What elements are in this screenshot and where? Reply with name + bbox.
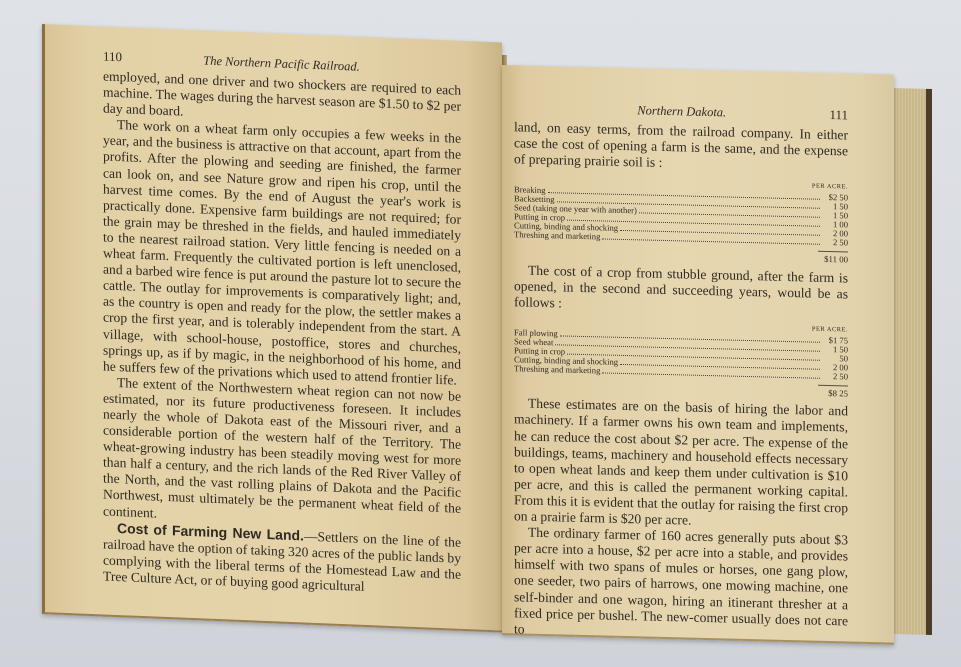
page-number: 110 [103, 48, 122, 65]
paragraph: land, on easy terms, from the railroad c… [514, 119, 848, 175]
section-paragraph: Cost of Farming New Land.—Settlers on th… [103, 519, 461, 599]
table-total: $8 25 [818, 384, 848, 397]
page-edges [892, 88, 932, 635]
paragraph: The ordinary farmer of 160 acres general… [514, 524, 848, 645]
open-book: 110 The Northern Pacific Railroad. emplo… [0, 0, 961, 667]
paragraph: The cost of a crop from stubble ground, … [514, 262, 848, 318]
right-page-body: land, on easy terms, from the railroad c… [514, 119, 848, 645]
cost-table-stubble: PER ACRE. Fall plowing$1 75 Seed wheat1 … [514, 318, 848, 398]
table-total: $11 00 [818, 251, 848, 264]
paragraph: These estimates are on the basis of hiri… [514, 396, 848, 533]
paragraph: The extent of the Northwestern wheat reg… [103, 374, 461, 533]
cost-table-new-land: PER ACRE. Breaking$2 50 Backsetting1 50 … [514, 176, 848, 265]
left-page-body: employed, and one driver and two shocker… [103, 68, 461, 598]
running-title: Northern Dakota. [637, 103, 726, 120]
paragraph: The work on a wheat farm only occupies a… [103, 117, 461, 389]
right-page: Northern Dakota. 111 land, on easy terms… [502, 65, 894, 645]
running-title: The Northern Pacific Railroad. [203, 53, 359, 74]
left-page: 110 The Northern Pacific Railroad. emplo… [42, 24, 502, 632]
page-number: 111 [829, 107, 848, 123]
